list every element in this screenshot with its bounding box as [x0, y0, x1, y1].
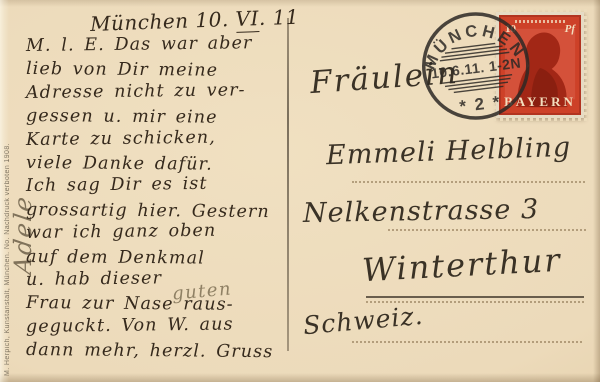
message-line: geguckt. Von W. aus [26, 313, 316, 340]
postmark-datetime: 10.6.11. 1-2N [430, 55, 522, 82]
address-street: Nelkenstrasse 3 [303, 194, 540, 229]
address-city: Winterthur [361, 241, 562, 289]
address-rule-1 [352, 181, 585, 183]
munich-postmark: MÜNCHEN 10.6.11. 1-2N * 2 * [403, 0, 550, 140]
message-line: M. l. E. Das war aber [26, 32, 316, 59]
address-rule-3 [352, 341, 582, 343]
postcard-photo: M. Herpich, Kunstanstalt, München. No. N… [0, 0, 600, 382]
message-line: war ich ganz oben [26, 220, 316, 247]
message-line: Adresse nicht zu ver- [26, 79, 316, 106]
dateline-city: München 10. [90, 7, 229, 36]
message-lines: M. l. E. Das war aberlieb von Dir meineA… [26, 36, 316, 363]
address-name: Emmeli Helbling [326, 132, 572, 172]
message-line: Ich sag Dir es ist [26, 173, 316, 200]
message-dateline: München 10. VI. 11 [90, 4, 317, 36]
address-country: Schweiz. [302, 301, 425, 340]
message-block: München 10. VI. 11 M. l. E. Das war aber… [26, 8, 316, 363]
message-line: Karte zu schicken, [26, 126, 316, 153]
dateline-year: . 11 [258, 5, 299, 30]
stamp-currency: Pf [565, 23, 575, 35]
address-rule-2 [388, 229, 586, 231]
dateline-roman-numeral: VI [235, 6, 259, 33]
message-line: dann mehr, herzl. Gruss [26, 340, 316, 366]
